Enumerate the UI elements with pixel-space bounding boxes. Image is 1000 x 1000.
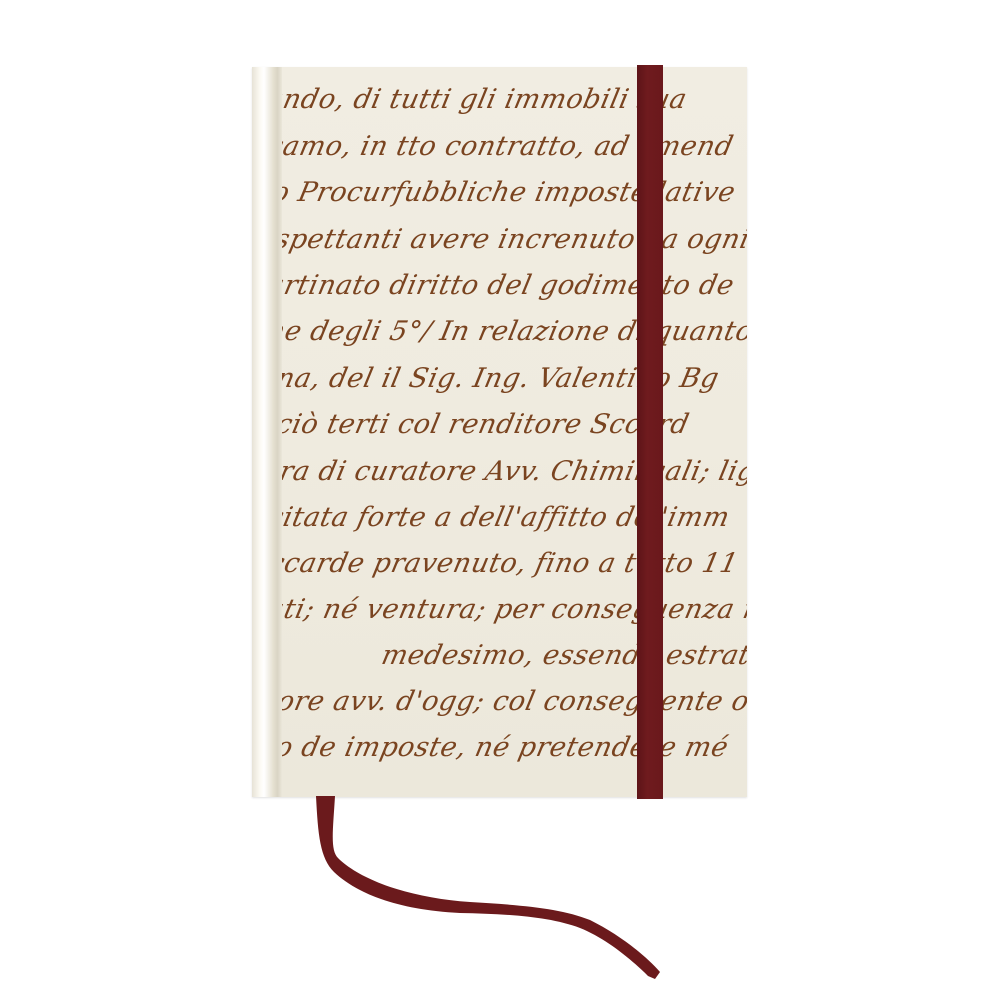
script-line: euti; né ventura; per conseguenza non [252,594,747,625]
script-line: atore avv. d'ogg; col conseguente obblig [252,686,747,717]
script-line: ime degli 5°/ In relazione di quanto: [252,316,747,347]
script-line: n ciò terti col renditore Sccard [252,409,692,440]
script-line: kando, di tutti gli immobili sua [252,84,690,115]
notebook-cover: kando, di tutti gli immobili sua ficamo,… [252,67,747,797]
script-line: medesimo, essendo estrato [379,640,747,671]
script-line: ficamo, in tto contratto, ad emend [252,131,736,162]
notebook-spine [252,67,282,797]
script-line: tto Procurfubbliche imposte lative [252,177,738,208]
script-line: rara di curatore Avv. Chimirgali; lig [252,456,747,487]
elastic-closure-band [637,65,663,799]
script-line: e spettanti avere increnuto da ogni ara [252,224,747,255]
script-line: partinato diritto del godimento de [252,270,737,301]
script-line: Sccarde pravenuto, fino a tutto 11 m [252,548,747,579]
